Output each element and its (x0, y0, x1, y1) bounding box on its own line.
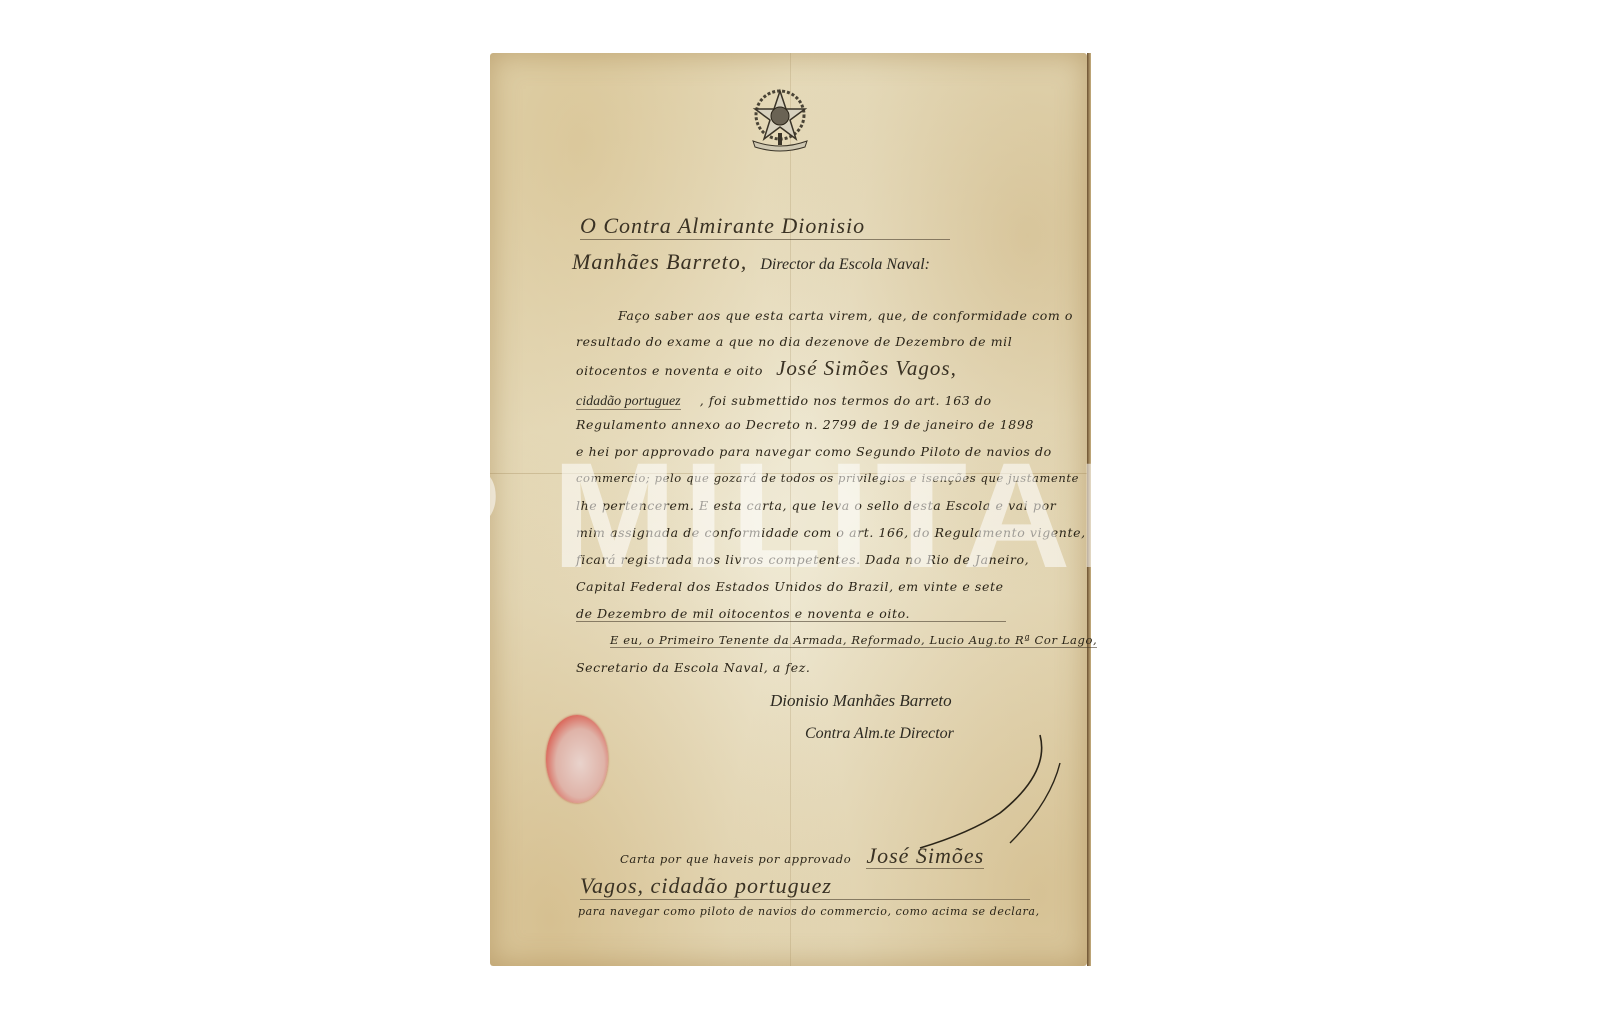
body-line: resultado do exame a que no dia dezenove… (576, 334, 1012, 349)
body-line: Faço saber aos que esta carta virem, que… (618, 308, 1073, 323)
body-line: E eu, o Primeiro Tenente da Armada, Refo… (610, 633, 1097, 648)
body-text: oitocentos e noventa e oito (576, 363, 763, 378)
body-line: Capital Federal dos Estados Unidos do Br… (576, 579, 1004, 594)
footer-prefix: Carta por que haveis por approvado (620, 852, 851, 866)
footer-name: José Simões (866, 843, 984, 869)
signature-flourish (910, 733, 1070, 853)
wax-seal (546, 715, 608, 803)
body-line: Secretario da Escola Naval, a fez. (576, 660, 810, 675)
body-line: ficará registrada nos livros competentes… (576, 552, 1029, 567)
director-name: Manhães Barreto, (572, 249, 747, 274)
body-line: e hei por approvado para navegar como Se… (576, 444, 1052, 459)
nationality: cidadão portuguez (576, 394, 681, 410)
footer-line-1: Carta por que haveis por approvado José … (620, 843, 984, 869)
heading-line-2: Manhães Barreto, Director da Escola Nava… (572, 249, 992, 275)
director-signature: Dionisio Manhães Barreto (770, 691, 952, 711)
body-line: commercio; pelo que gozará de todos os p… (576, 471, 1079, 485)
body-line: mim assignada de conformidade com o art.… (576, 525, 1086, 540)
body-text: , foi submettido nos termos do art. 163 … (700, 393, 992, 408)
candidate-name: José Simões Vagos, (776, 356, 957, 380)
body-line: oitocentos e noventa e oito José Simões … (576, 356, 957, 381)
footer-line-3: para navegar como piloto de navios do co… (578, 905, 1040, 918)
body-line: lhe pertencerem. E esta carta, que leva … (576, 498, 1056, 513)
body-line: Regulamento annexo ao Decreto n. 2799 de… (576, 417, 1034, 432)
certificate-paper: O Contra Almirante Dionisio Manhães Barr… (490, 53, 1087, 966)
footer-line-2: Vagos, cidadão portuguez (580, 873, 1030, 900)
body-line: de Dezembro de mil oitocentos e noventa … (576, 606, 1006, 622)
coat-of-arms-icon (745, 83, 815, 153)
body-line: cidadão portuguez , foi submettido nos t… (576, 390, 992, 410)
paper-edge (1087, 53, 1091, 966)
heading-line-1: O Contra Almirante Dionisio (580, 213, 950, 240)
director-title: Director da Escola Naval: (760, 256, 930, 273)
